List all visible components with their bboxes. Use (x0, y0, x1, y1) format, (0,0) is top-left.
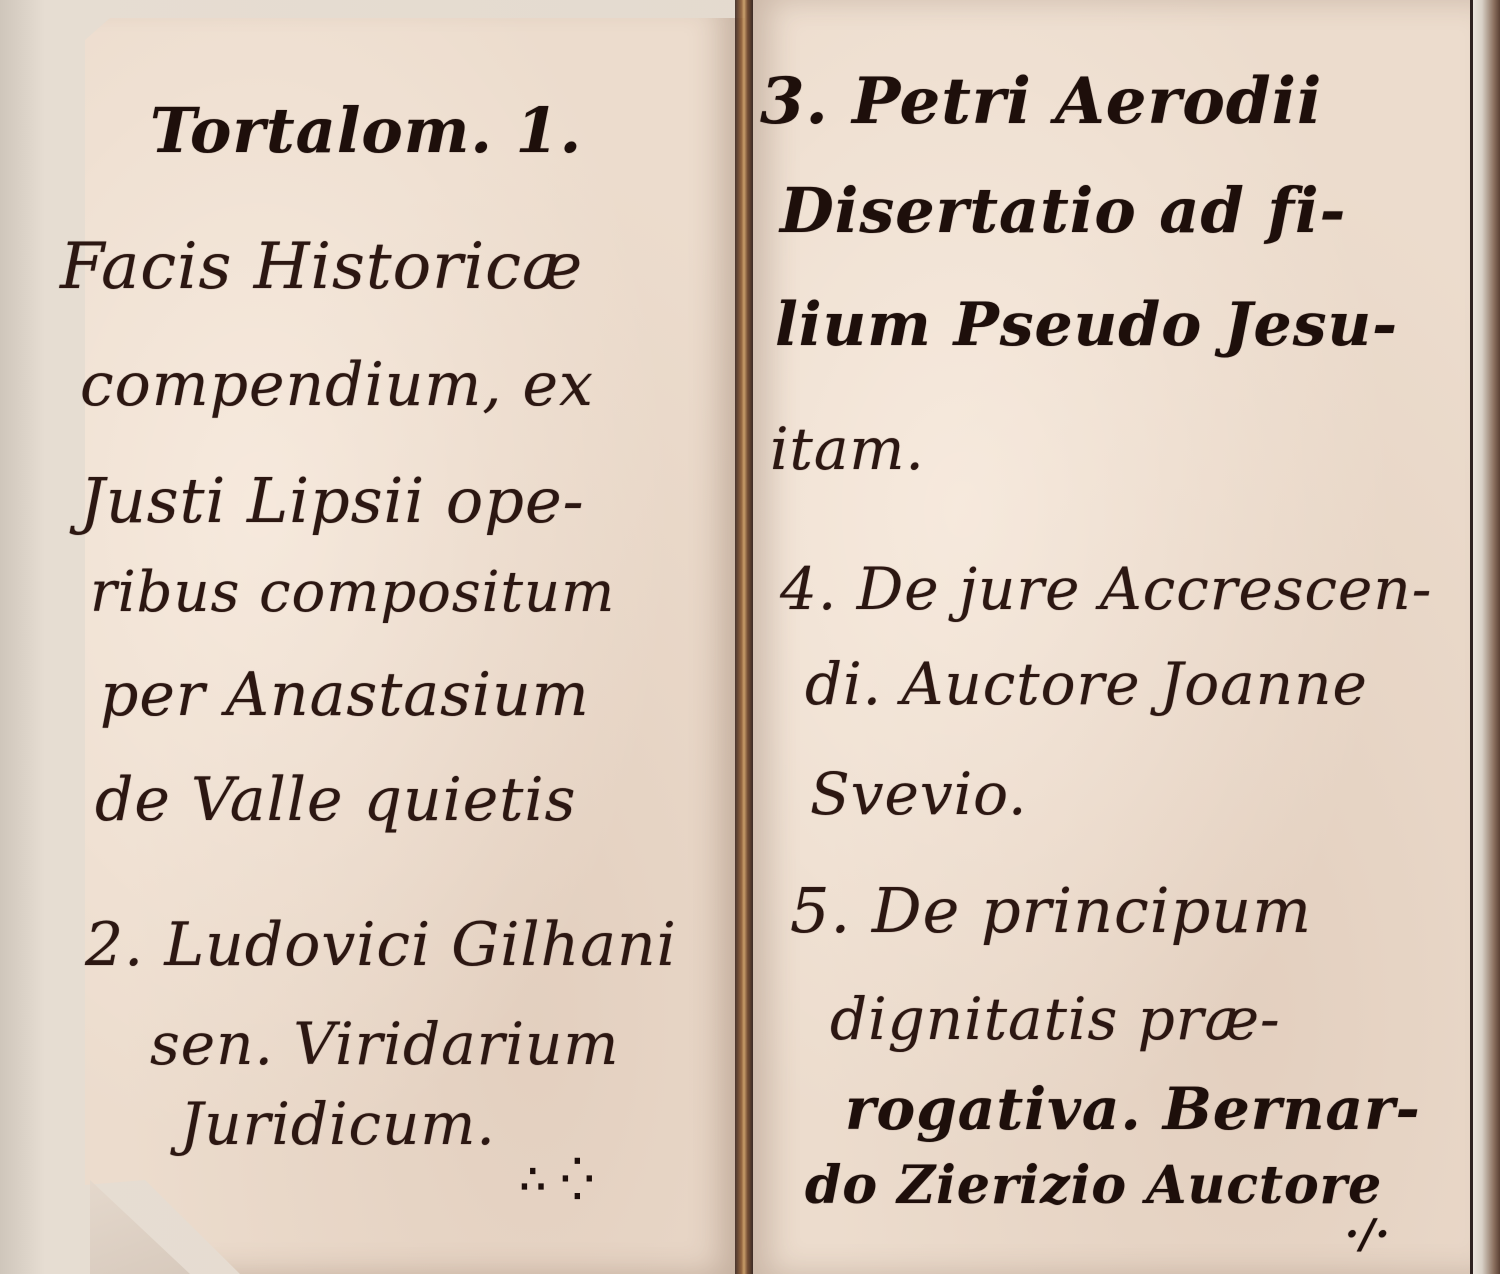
right-line-4: itam. (770, 420, 925, 478)
right-line-8: 5. De principum (790, 880, 1312, 942)
right-line-3: lium Pseudo Jesu- (775, 295, 1398, 355)
right-line-2: Disertatio ad fi- (780, 180, 1346, 242)
right-line-9: dignitatis præ- (830, 990, 1281, 1048)
right-line-7: Svevio. (810, 765, 1027, 823)
right-line-5: 4. De jure Accrescen- (780, 560, 1432, 618)
right-line-10: rogativa. Bernar- (845, 1080, 1421, 1138)
right-line-6: di. Auctore Joanne (805, 655, 1368, 713)
right-line-1: 3. Petri Aerodii (760, 70, 1322, 134)
right-line-11: do Zierizio Auctore (805, 1160, 1382, 1212)
right-page-text: 3. Petri Aerodii Disertatio ad fi- lium … (0, 0, 1500, 1274)
right-end-mark: ·/· (1345, 1215, 1390, 1255)
